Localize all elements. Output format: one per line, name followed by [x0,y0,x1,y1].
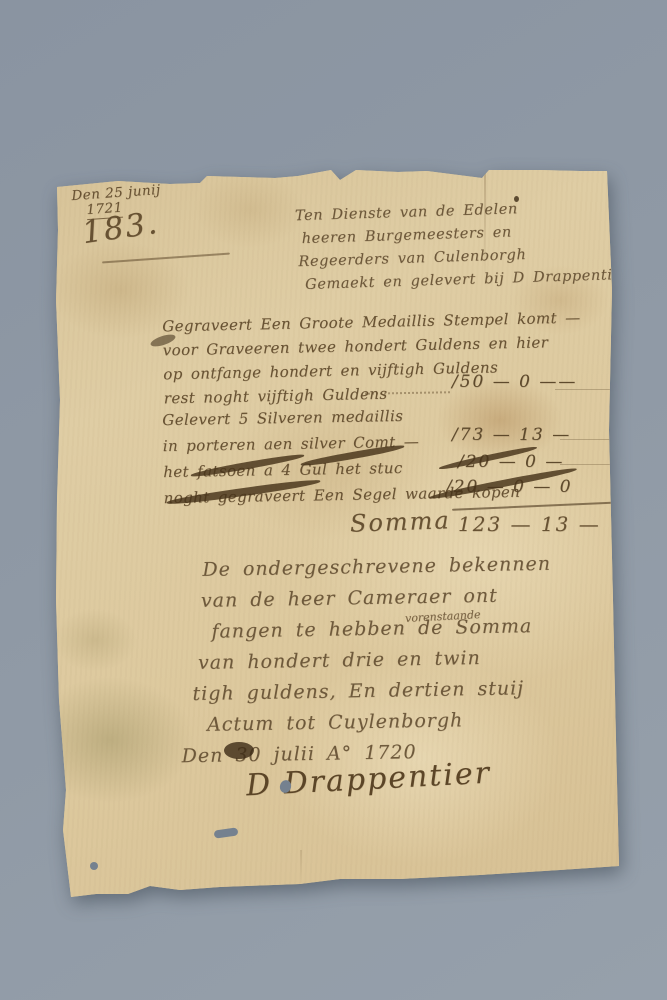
guide-line [560,464,615,465]
receipt-block: De ondergeschrevene bekennen van de heer… [178,549,554,772]
first-entry-block: Gegraveert Een Groote Medaillis Stempel … [162,306,582,411]
underline-flourish [102,253,230,264]
paper-shadow-wrap: Den 25 junij 1721 183. Ten Dienste van d… [0,0,667,1000]
guide-line [560,439,615,440]
document-paper: Den 25 junij 1721 183. Ten Dienste van d… [0,0,667,1000]
receipt-line: tigh guldens, En dertien stuij [192,673,553,710]
guide-line [555,389,615,390]
ink-blot [224,742,254,759]
receipt-line: fangen te hebben de Somma [211,611,552,648]
somma-amount: 123 — 13 — [458,512,601,536]
somma-label: Somma [350,506,452,537]
paper-crease [484,171,486,291]
ink-dot [514,196,519,202]
paper-hole [214,827,239,838]
photo-background: Den 25 junij 1721 183. Ten Dienste van d… [0,0,667,1000]
receipt-line: De ondergeschrevene bekennen [202,549,551,586]
header-block: Ten Dienste van de Edelen heeren Burgeme… [295,195,630,297]
paper-hole [90,862,98,870]
paper-crease [300,850,302,884]
amount-value: /73 — 13 — [452,425,571,445]
